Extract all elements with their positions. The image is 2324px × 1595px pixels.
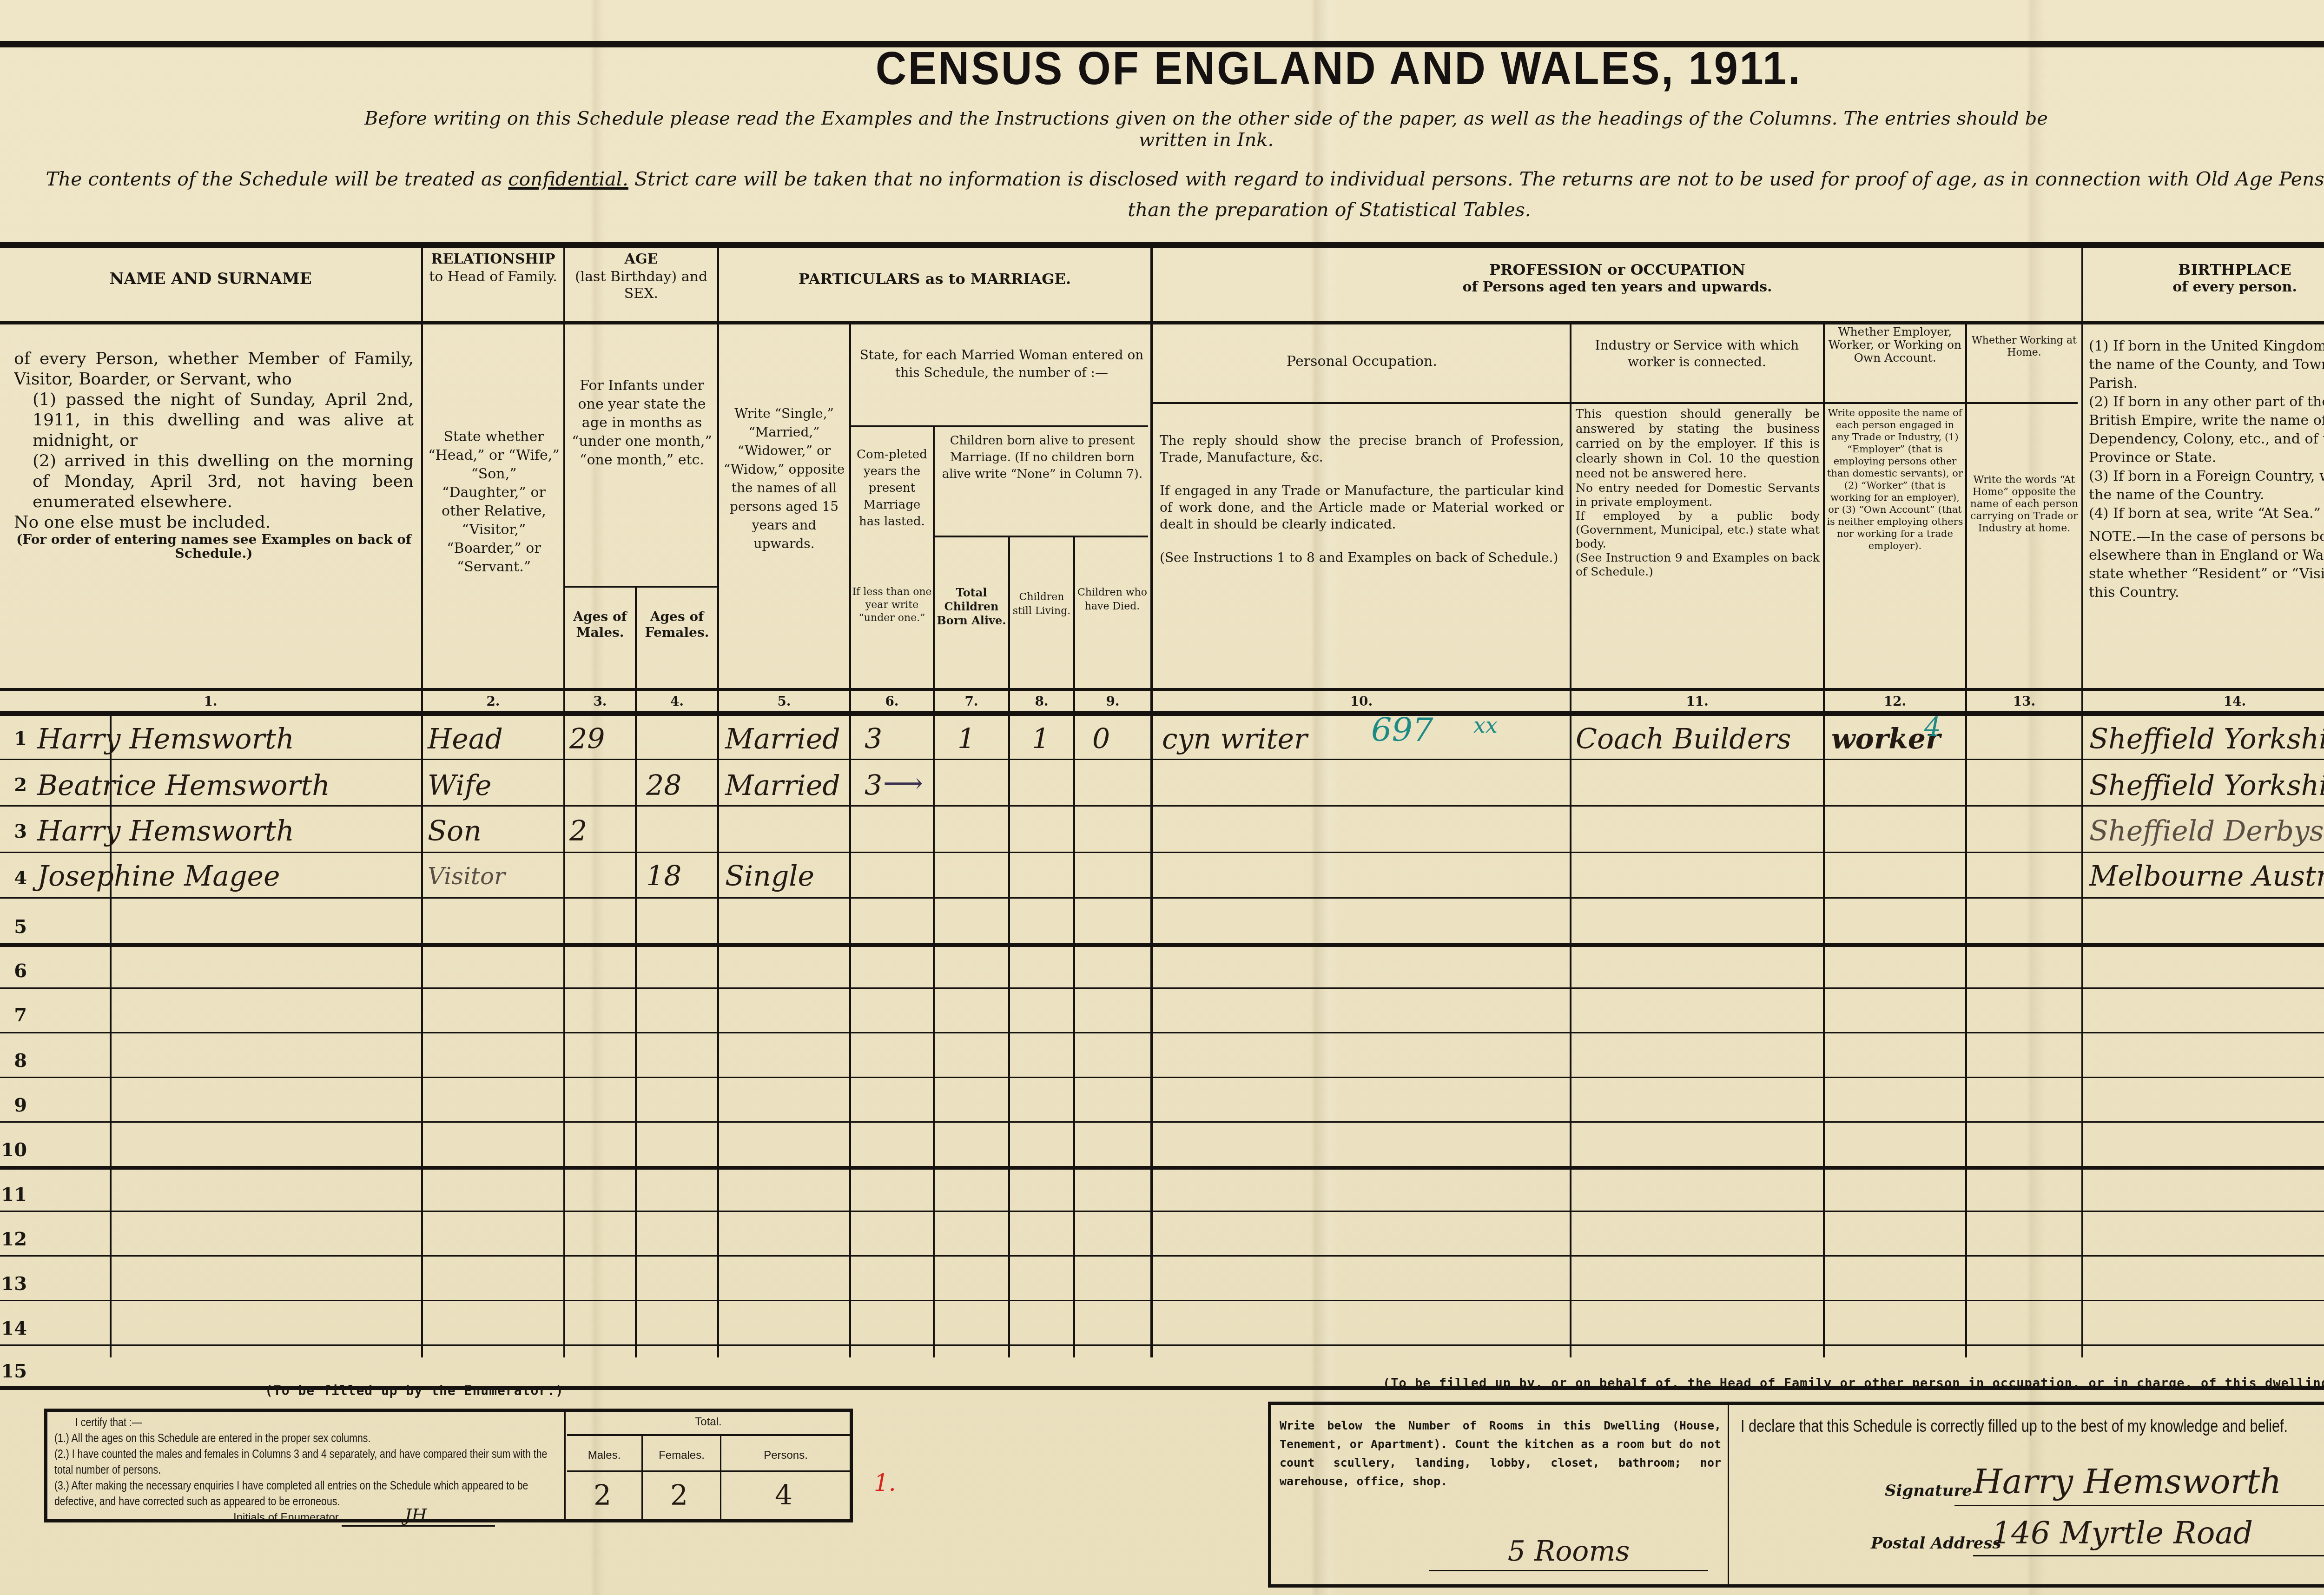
- row-number: 14: [0, 1317, 30, 1339]
- years-married-description: Com-pleted years the present Marriage ha…: [851, 446, 933, 530]
- vline-col10: [1570, 323, 1571, 1357]
- row1-employer-code: 4: [1924, 709, 1941, 746]
- row4-birthplace[interactable]: Melbourne Australia: [2089, 858, 2324, 895]
- row-number: 9: [0, 1094, 30, 1116]
- row-number: 2: [0, 774, 30, 796]
- vline-age: [717, 242, 719, 1357]
- row4-age-female[interactable]: 18: [646, 858, 681, 895]
- row3-name[interactable]: Harry Hemsworth: [37, 813, 294, 850]
- vline-col11: [1823, 323, 1825, 1357]
- age-description: For Infants under one year state the age…: [568, 377, 716, 470]
- row1-children-living[interactable]: 1: [1032, 721, 1050, 758]
- certify-label: I certify that :—: [75, 1415, 142, 1430]
- enumerator-cert-panel: I certify that :— (1.) All the ages on t…: [47, 1412, 566, 1519]
- name-desc-5: (For order of entering names see Example…: [14, 533, 414, 561]
- colnum-10: 10.: [1153, 694, 1570, 709]
- colnum-3: 3.: [565, 694, 635, 709]
- row-rule: [0, 1300, 2324, 1301]
- rooms-value[interactable]: 5 Rooms: [1429, 1533, 1708, 1571]
- certify-item-2: (2.) I have counted the males and female…: [54, 1446, 564, 1478]
- employer-label: Whether Employer, Worker, or Working on …: [1826, 325, 1964, 364]
- header-relationship: RELATIONSHIP to Head of Family.: [423, 250, 563, 285]
- name-desc-4: No one else must be included.: [14, 512, 414, 533]
- row1-occupation[interactable]: cyn writer: [1162, 721, 1307, 758]
- persons-label: Persons.: [722, 1449, 850, 1462]
- row3-age-male[interactable]: 2: [569, 813, 587, 850]
- row1-children-total[interactable]: 1: [957, 721, 975, 758]
- birthplace-desc-4: (4) If born at sea, write “At Sea.”: [2089, 504, 2324, 523]
- row-number: 13: [0, 1273, 30, 1295]
- row1-occupation-code: 697: [1371, 711, 1433, 748]
- row-rule: [0, 897, 2324, 899]
- red-tick-mark: 1.: [874, 1464, 896, 1502]
- age-subrule: [563, 586, 717, 588]
- total-split-2: [720, 1435, 721, 1519]
- row1-children-died[interactable]: 0: [1092, 721, 1110, 758]
- relationship-subtitle: to Head of Family.: [423, 269, 563, 285]
- children-description: Children born alive to present Marriage.…: [939, 432, 1146, 483]
- header-divider-rule: [0, 321, 2324, 324]
- colnum-1: 1.: [0, 694, 421, 709]
- table-top-rule: [0, 242, 2324, 248]
- birthplace-desc-1: (1) If born in the United Kingdom, write…: [2089, 337, 2324, 393]
- colnum-rule: [0, 711, 2324, 716]
- at-home-description: Write the words “At Home” opposite the n…: [1968, 474, 2080, 535]
- row-number: 3: [0, 821, 30, 842]
- confid-underlined: confidential.: [508, 168, 628, 190]
- enumerator-heading: (To be filled up by the Enumerator.): [265, 1383, 564, 1398]
- children-subrule: [934, 536, 1148, 537]
- page-title: CENSUS OF ENGLAND AND WALES, 1911.: [868, 42, 1809, 95]
- row1-relationship[interactable]: Head: [428, 721, 503, 758]
- employer-description: Write opposite the name of each person e…: [1826, 407, 1964, 552]
- header-occupation: PROFESSION or OCCUPATION of Persons aged…: [1153, 260, 2081, 296]
- confid-text-post: Strict care will be taken that no inform…: [628, 168, 2324, 221]
- row2-relationship[interactable]: Wife: [428, 767, 492, 804]
- industry-description: This question should generally be answer…: [1576, 407, 1820, 579]
- instructions-subtitle: Before writing on this Schedule please r…: [358, 108, 2054, 151]
- occupier-heading: (To be filled up by, or on behalf of, th…: [1383, 1376, 2324, 1390]
- personal-desc-2: If engaged in any Trade or Manufacture, …: [1160, 483, 1564, 533]
- row2-age-female[interactable]: 28: [646, 767, 681, 804]
- header-bottom-rule: [0, 688, 2324, 691]
- name-desc-1: of every Person, whether Member of Famil…: [14, 349, 414, 390]
- years-married-note: If less than one year write “under one.”: [851, 586, 933, 625]
- marriage-subrule: [851, 425, 1148, 427]
- occupation-title: PROFESSION or OCCUPATION: [1153, 260, 2081, 279]
- occupier-box: Write below the Number of Rooms in this …: [1268, 1402, 2324, 1588]
- initials-label: Initials of Enumerator: [233, 1511, 339, 1524]
- occupation-subrule: [1150, 402, 2078, 404]
- row-rule-thick: [0, 1166, 2324, 1170]
- personal-desc-1: The reply should show the precise branch…: [1160, 432, 1564, 466]
- confidentiality-notice: The contents of the Schedule will be tre…: [28, 164, 2324, 225]
- row-number: 11: [0, 1184, 30, 1205]
- row1-occupation-mark: xx: [1473, 707, 1498, 744]
- personal-desc-3: (See Instructions 1 to 8 and Examples on…: [1160, 549, 1564, 566]
- females-label: Females.: [643, 1449, 720, 1462]
- age-males-label: Ages of Males.: [565, 609, 635, 641]
- total-sub-rule: [567, 1470, 850, 1472]
- initials-value[interactable]: JH.: [342, 1505, 495, 1527]
- vline-col6: [933, 425, 935, 1357]
- enumerator-box: I certify that :— (1.) All the ages on t…: [44, 1409, 853, 1522]
- colnum-12: 12.: [1825, 694, 1965, 709]
- colnum-6: 6.: [851, 694, 933, 709]
- total-females[interactable]: 2: [670, 1477, 688, 1514]
- males-label: Males.: [567, 1449, 641, 1462]
- row-rule: [0, 805, 2324, 807]
- marital-status-description: Write “Single,” “Married,” “Widower,” or…: [721, 404, 847, 553]
- industry-desc-2: No entry needed for Domestic Servants in…: [1576, 481, 1820, 509]
- declaration-text: I declare that this Schedule is correctl…: [1741, 1416, 2324, 1436]
- row2-birthplace[interactable]: Sheffield Yorkshire: [2089, 767, 2324, 804]
- colnum-9: 9.: [1075, 694, 1150, 709]
- row-rule: [0, 1121, 2324, 1123]
- row-rule: [0, 1032, 2324, 1033]
- signature-value[interactable]: Harry Hemsworth: [1954, 1458, 2324, 1506]
- total-males[interactable]: 2: [594, 1477, 611, 1514]
- at-home-label: Whether Working at Home.: [1968, 335, 2080, 359]
- row2-arrow-icon: ⟶: [883, 765, 923, 802]
- age-subtitle: (last Birthday) and SEX.: [565, 269, 717, 302]
- occupation-subtitle: of Persons aged ten years and upwards.: [1153, 279, 2081, 296]
- colnum-14: 14.: [2083, 694, 2324, 709]
- row3-relationship[interactable]: Son: [428, 813, 482, 850]
- colnum-8: 8.: [1010, 694, 1073, 709]
- colnum-5: 5.: [719, 694, 849, 709]
- children-died-label: Children who have Died.: [1075, 586, 1149, 614]
- industry-desc-1: This question should generally be answer…: [1576, 407, 1820, 481]
- name-desc-3: (2) arrived in this dwelling on the morn…: [14, 451, 414, 512]
- row-number: 7: [0, 1004, 30, 1026]
- row1-name[interactable]: Harry Hemsworth: [37, 721, 294, 758]
- row-rule-thick: [0, 943, 2324, 947]
- row-rule: [0, 987, 2324, 989]
- industry-desc-3: If employed by a public body (Government…: [1576, 509, 1820, 551]
- census-table: NAME AND SURNAME RELATIONSHIP to Head of…: [0, 242, 2324, 1357]
- children-total-label: Total Children Born Alive.: [935, 586, 1008, 628]
- total-persons[interactable]: 4: [775, 1477, 792, 1514]
- birthplace-subtitle: of every person.: [2083, 279, 2324, 296]
- birthplace-note: NOTE.—In the case of persons born elsewh…: [2089, 528, 2324, 602]
- vline-rel: [563, 242, 565, 1357]
- rooms-instructions: Write below the Number of Rooms in this …: [1280, 1416, 1721, 1491]
- colnum-4: 4.: [637, 694, 717, 709]
- row2-name[interactable]: Beatrice Hemsworth: [37, 767, 330, 804]
- row1-birthplace[interactable]: Sheffield Yorkshire: [2089, 721, 2324, 758]
- header-age: AGE (last Birthday) and SEX.: [565, 250, 717, 302]
- age-females-label: Ages of Females.: [637, 609, 717, 641]
- row-rule: [0, 852, 2324, 853]
- row-rule: [0, 1211, 2324, 1212]
- row-number: 10: [0, 1139, 30, 1161]
- rooms-panel: Write below the Number of Rooms in this …: [1271, 1405, 1729, 1584]
- age-title: AGE: [565, 250, 717, 269]
- row-rule: [0, 1255, 2324, 1257]
- row4-name[interactable]: Josephine Magee: [37, 858, 280, 895]
- row-number: 4: [0, 867, 30, 889]
- relationship-title: RELATIONSHIP: [423, 250, 563, 269]
- row-rule: [0, 1344, 2324, 1346]
- row2-marital[interactable]: Married: [725, 767, 840, 804]
- row-number: 5: [0, 916, 30, 938]
- vline-marriage: [1150, 242, 1153, 1357]
- row-number: 8: [0, 1050, 30, 1072]
- row-number: 12: [0, 1228, 30, 1250]
- certify-item-1: (1.) All the ages on this Schedule are e…: [54, 1430, 564, 1446]
- vline-occupation: [2081, 242, 2083, 1357]
- colnum-13: 13.: [1967, 694, 2081, 709]
- industry-label: Industry or Service with which worker is…: [1573, 337, 1821, 371]
- header-birthplace: BIRTHPLACE of every person.: [2083, 260, 2324, 296]
- vline-rownum: [110, 716, 112, 1357]
- vline-col12: [1965, 323, 1967, 1357]
- row-rule: [0, 1077, 2324, 1078]
- confid-text-pre: The contents of the Schedule will be tre…: [46, 168, 508, 190]
- colnum-11: 11.: [1571, 694, 1823, 709]
- row1-years-married[interactable]: 3: [865, 721, 882, 758]
- total-split-1: [641, 1435, 643, 1519]
- row1-marital[interactable]: Married: [725, 721, 840, 758]
- birthplace-description: (1) If born in the United Kingdom, write…: [2089, 337, 2324, 602]
- header-marriage-title: PARTICULARS as to MARRIAGE.: [719, 270, 1150, 288]
- name-description: of every Person, whether Member of Famil…: [14, 349, 414, 561]
- row-number: 6: [0, 960, 30, 982]
- children-living-label: Children still Living.: [1010, 590, 1073, 618]
- total-label: Total.: [567, 1416, 850, 1429]
- relationship-description: State whether “Head,” or “Wife,” “Son,” …: [428, 428, 560, 576]
- birthplace-desc-2: (2) If born in any other part of the Bri…: [2089, 393, 2324, 467]
- married-woman-description: State, for each Married Woman entered on…: [855, 346, 1148, 382]
- row3-birthplace[interactable]: Sheffield Derbyshire: [2089, 813, 2324, 850]
- row1-age-male[interactable]: 29: [569, 721, 605, 758]
- initials-row: Initials of Enumerator JH.: [233, 1505, 495, 1527]
- personal-occupation-label: Personal Occupation.: [1155, 353, 1569, 370]
- row4-marital[interactable]: Single: [725, 858, 814, 895]
- birthplace-desc-3: (3) If born in a Foreign Country, write …: [2089, 467, 2324, 504]
- personal-occupation-description: The reply should show the precise branch…: [1160, 432, 1564, 566]
- total-rule: [567, 1434, 850, 1436]
- row1-industry[interactable]: Coach Builders: [1576, 721, 1791, 758]
- colnum-7: 7.: [935, 694, 1008, 709]
- industry-desc-4: (See Instruction 9 and Examples on back …: [1576, 551, 1820, 579]
- address-line-1[interactable]: 146 Myrtle Road: [1973, 1511, 2324, 1556]
- header-name-title: NAME AND SURNAME: [0, 270, 421, 288]
- vline-name: [421, 242, 423, 1357]
- row2-years-married[interactable]: 3: [865, 767, 882, 804]
- row-rule: [0, 759, 2324, 760]
- row4-relationship[interactable]: Visitor: [428, 858, 505, 895]
- row-number: 15: [0, 1360, 30, 1382]
- name-desc-2: (1) passed the night of Sunday, April 2n…: [14, 390, 414, 451]
- birthplace-title: BIRTHPLACE: [2083, 260, 2324, 279]
- row-number: 1: [0, 728, 30, 749]
- colnum-2: 2.: [423, 694, 563, 709]
